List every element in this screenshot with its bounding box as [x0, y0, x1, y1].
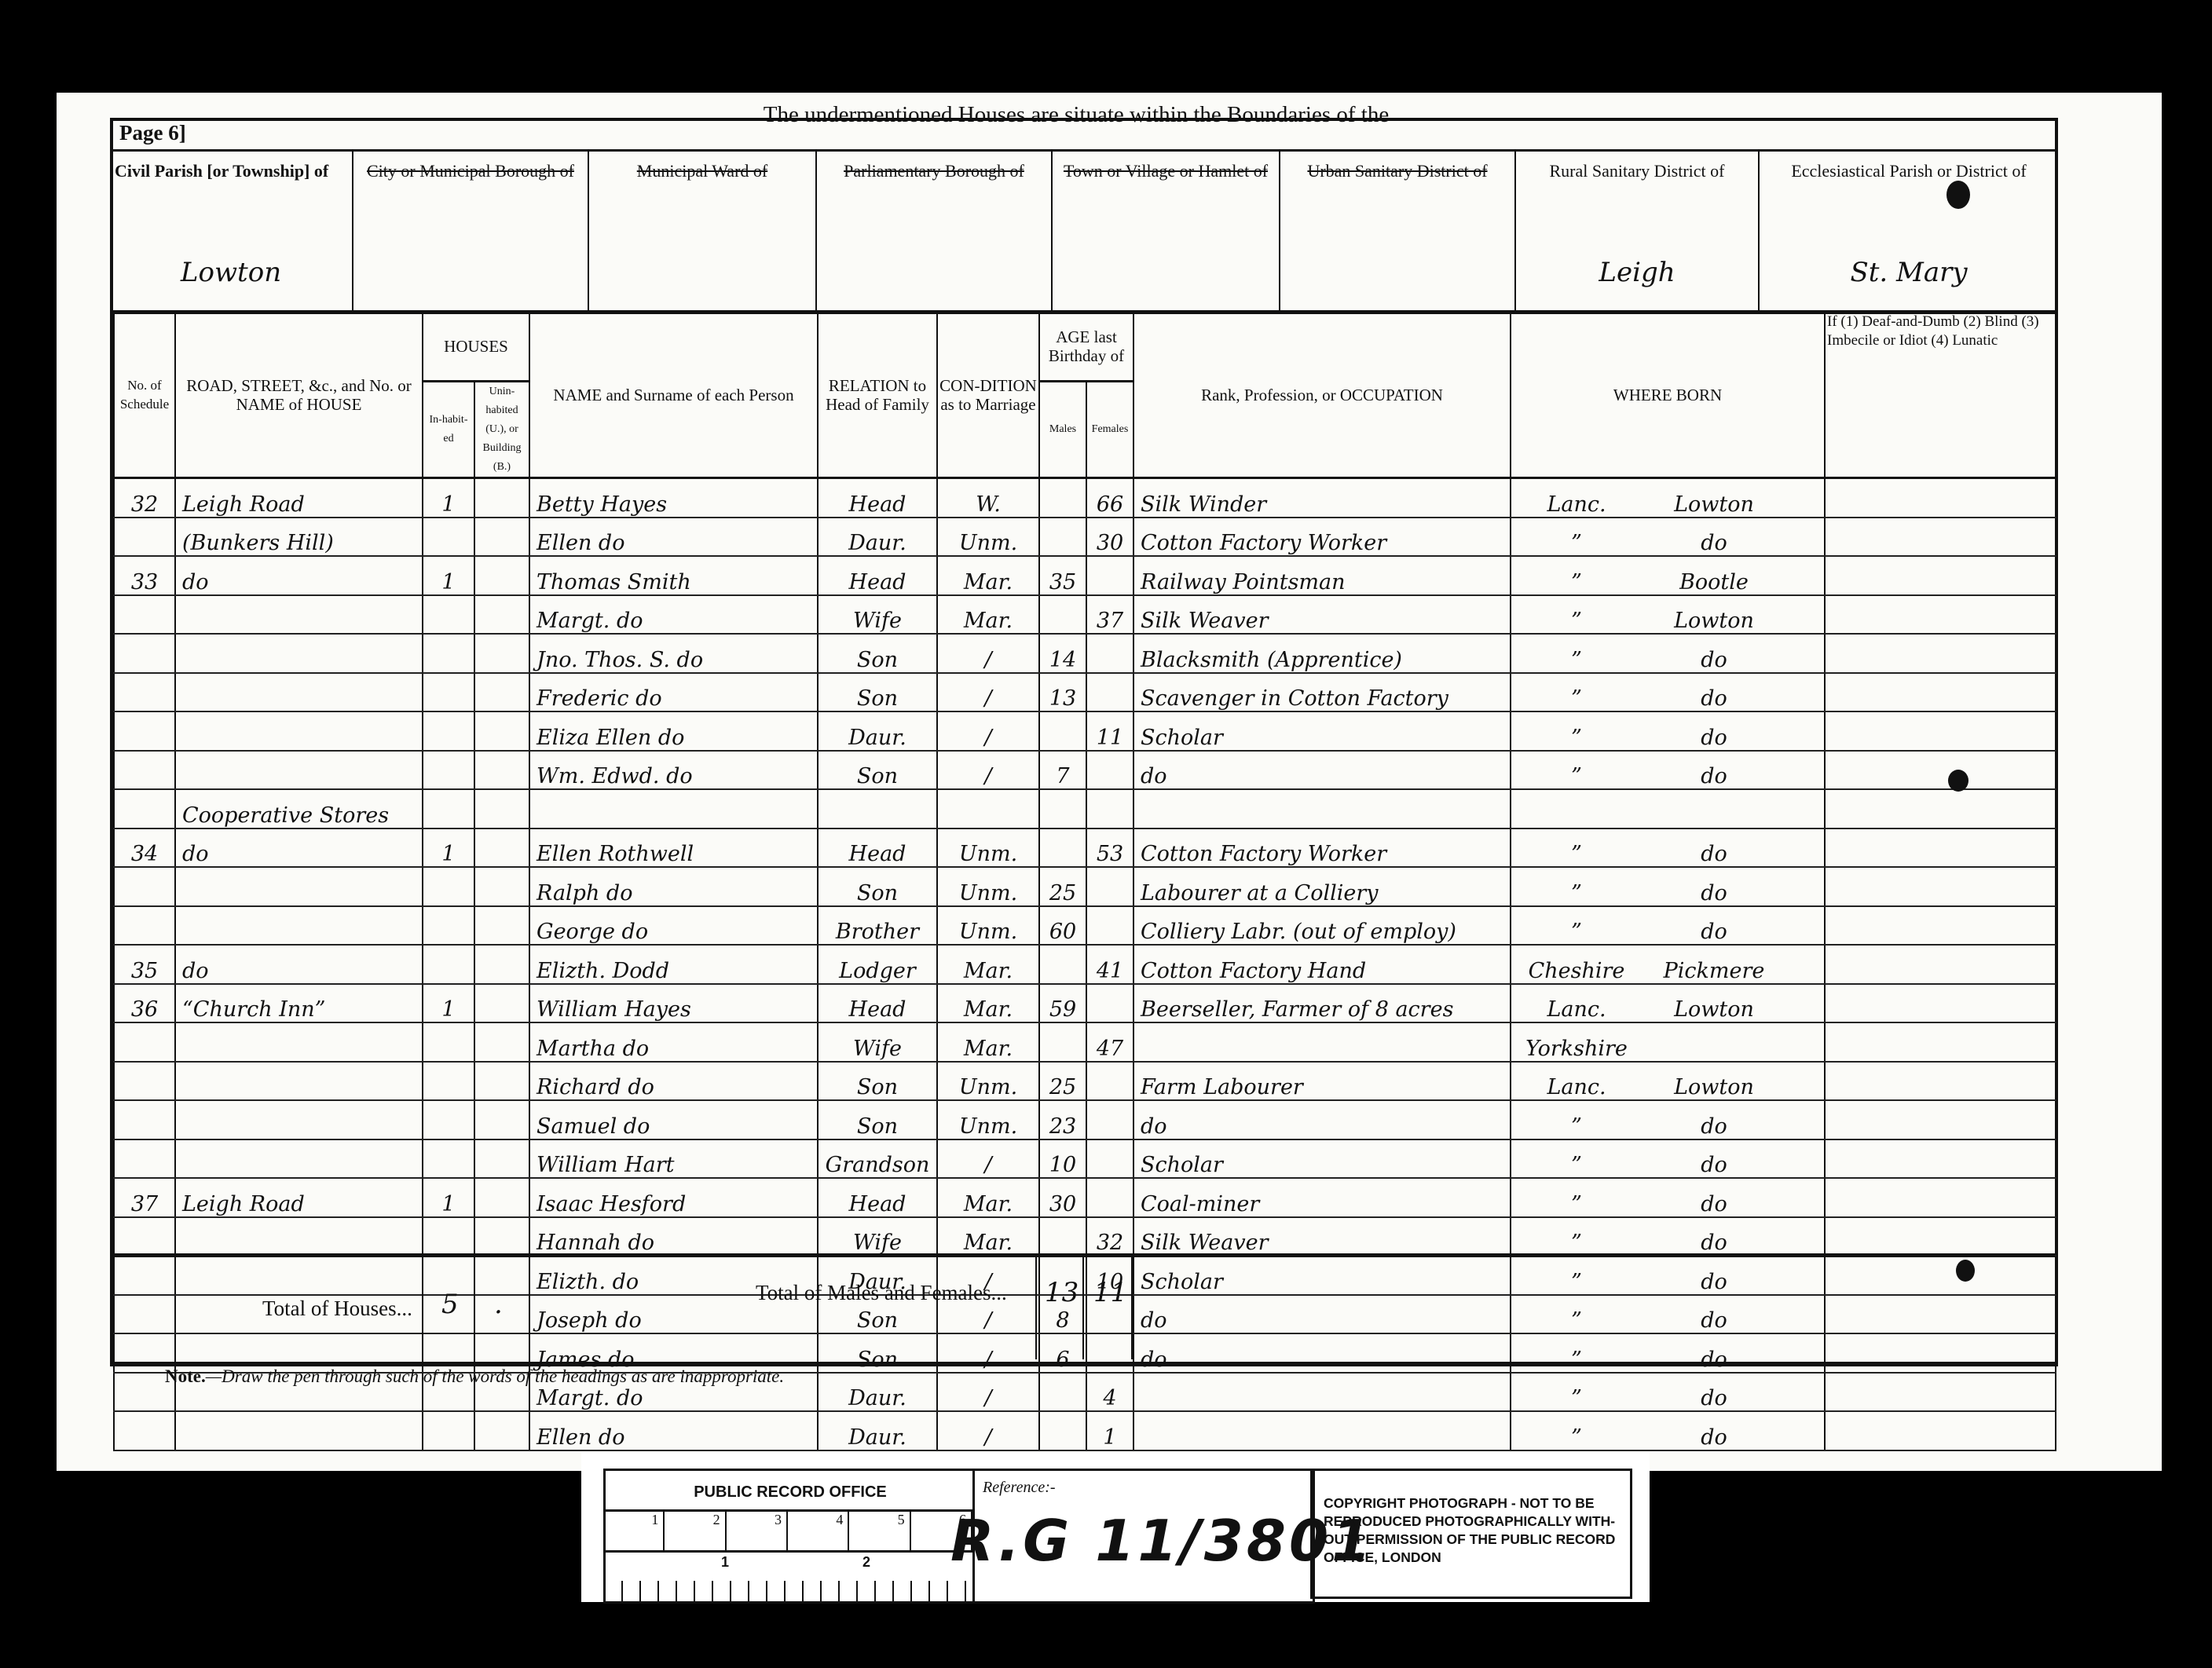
col-road: ROAD, STREET, &c., and No. or NAME of HO… — [175, 312, 423, 478]
occupation: do — [1133, 751, 1511, 790]
condition: W. — [937, 478, 1039, 518]
occupation: Coal-miner — [1133, 1178, 1511, 1217]
born-county: ” — [1518, 842, 1635, 866]
table-row: 37Leigh Road1Isaac HesfordHeadMar.30Coal… — [114, 1178, 2056, 1217]
col-condition: CON-DITION as to Marriage — [937, 312, 1039, 478]
schedule-no: 34 — [114, 829, 175, 868]
person-name: Isaac Hesford — [529, 1178, 818, 1217]
schedule-no — [114, 906, 175, 946]
inhabited — [423, 518, 474, 557]
male-age — [1039, 1411, 1086, 1450]
uninhabited — [474, 1100, 529, 1139]
copyright-notice: COPYRIGHT PHOTOGRAPH - NOT TO BE REPRODU… — [1310, 1469, 1632, 1599]
civil-parish-value: Lowton — [110, 257, 352, 288]
col-schedule: No. of Schedule — [114, 312, 175, 478]
born-county: ” — [1518, 648, 1635, 672]
relation: Son — [818, 867, 937, 906]
reference-card: PUBLIC RECORD OFFICE 1 2 3 4 5 6 1 2 Ref… — [581, 1453, 1650, 1602]
infirmity — [1825, 1373, 2056, 1412]
uninhabited — [474, 945, 529, 984]
person-name: Wm. Edwd. do — [529, 751, 818, 790]
inhabited — [423, 867, 474, 906]
uninhabited — [474, 1411, 529, 1450]
inhabited — [423, 789, 474, 829]
infirmity — [1825, 1062, 2056, 1101]
col-males: Males — [1039, 382, 1086, 478]
road-name — [175, 1062, 423, 1101]
relation: Brother — [818, 906, 937, 946]
born-county: ” — [1518, 1192, 1635, 1216]
rural-sanitary-value: Leigh — [1516, 257, 1758, 288]
occupation: Scholar — [1133, 1139, 1511, 1179]
inhabited — [423, 1022, 474, 1062]
born-county: ” — [1518, 1114, 1635, 1139]
col-occupation: Rank, Profession, or OCCUPATION — [1133, 312, 1511, 478]
schedule-no — [114, 789, 175, 829]
uninhabited — [474, 906, 529, 946]
infirmity — [1825, 984, 2056, 1023]
table-row: Martha doWifeMar.47Yorkshire — [114, 1022, 2056, 1062]
table-row: 36“Church Inn”1William HayesHeadMar.59Be… — [114, 984, 2056, 1023]
table-row: Wm. Edwd. doSon/7do”do — [114, 751, 2056, 790]
infirmity — [1825, 906, 2056, 946]
uninhabited — [474, 1139, 529, 1179]
infirmity — [1825, 945, 2056, 984]
born-place: do — [1635, 531, 1793, 555]
uninhabited — [474, 984, 529, 1023]
male-age — [1039, 1022, 1086, 1062]
relation: Wife — [818, 1022, 937, 1062]
condition: / — [937, 751, 1039, 790]
female-age — [1086, 1178, 1133, 1217]
where-born: ”do — [1511, 711, 1825, 751]
where-born: ”do — [1511, 518, 1825, 557]
total-houses-label: Total of Houses... — [262, 1297, 412, 1321]
relation: Head — [818, 478, 937, 518]
male-age — [1039, 945, 1086, 984]
person-name: Margt. do — [529, 595, 818, 635]
infirmity — [1825, 711, 2056, 751]
infirmity — [1825, 634, 2056, 673]
road-name — [175, 906, 423, 946]
uninhabited — [474, 518, 529, 557]
born-place: do — [1635, 1386, 1793, 1410]
where-born: ”do — [1511, 1373, 1825, 1412]
person-name: Jno. Thos. S. do — [529, 634, 818, 673]
female-age — [1086, 984, 1133, 1023]
pro-label: PUBLIC RECORD OFFICE — [606, 1471, 975, 1502]
road-name — [175, 673, 423, 712]
person-name: Samuel do — [529, 1100, 818, 1139]
occupation — [1133, 1022, 1511, 1062]
male-age — [1039, 789, 1086, 829]
where-born: ”do — [1511, 1139, 1825, 1179]
male-age — [1039, 829, 1086, 868]
uninhabited — [474, 867, 529, 906]
where-born: ”Bootle — [1511, 556, 1825, 595]
col-relation: RELATION to Head of Family — [818, 312, 937, 478]
condition: Unm. — [937, 1062, 1039, 1101]
total-females: 11 — [1093, 1277, 1127, 1308]
inhabited — [423, 1217, 474, 1256]
schedule-no: 36 — [114, 984, 175, 1023]
born-county: ” — [1518, 726, 1635, 750]
female-age: 47 — [1086, 1022, 1133, 1062]
male-age: 59 — [1039, 984, 1086, 1023]
inhabited — [423, 945, 474, 984]
born-place: do — [1635, 1192, 1793, 1216]
admin-town-village: Town or Village or Hamlet of — [1053, 152, 1280, 310]
inhabited: 1 — [423, 984, 474, 1023]
schedule-no — [114, 1100, 175, 1139]
infirmity — [1825, 1139, 2056, 1179]
inhabited — [423, 1062, 474, 1101]
relation: Son — [818, 1100, 937, 1139]
infirmity — [1825, 673, 2056, 712]
relation: Daur. — [818, 1411, 937, 1450]
where-born: ”Lowton — [1511, 595, 1825, 635]
schedule-no — [114, 1022, 175, 1062]
road-name — [175, 1411, 423, 1450]
col-name: NAME and Surname of each Person — [529, 312, 818, 478]
where-born — [1511, 789, 1825, 829]
person-name: William Hart — [529, 1139, 818, 1179]
col-where-born: WHERE BORN — [1511, 312, 1825, 478]
road-name: do — [175, 829, 423, 868]
where-born: CheshirePickmere — [1511, 945, 1825, 984]
born-county: Yorkshire — [1518, 1037, 1635, 1061]
inhabited — [423, 673, 474, 712]
occupation: Silk Winder — [1133, 478, 1511, 518]
born-place: do — [1635, 1114, 1793, 1139]
condition: Unm. — [937, 829, 1039, 868]
male-age: 14 — [1039, 634, 1086, 673]
infirmity — [1825, 1411, 2056, 1450]
admin-parliamentary-borough: Parliamentary Borough of — [817, 152, 1053, 310]
female-age — [1086, 673, 1133, 712]
male-age: 60 — [1039, 906, 1086, 946]
relation: Head — [818, 556, 937, 595]
total-persons-label: Total of Males and Females... — [756, 1281, 1007, 1305]
born-county: ” — [1518, 686, 1635, 711]
born-county: ” — [1518, 531, 1635, 555]
uninhabited — [474, 673, 529, 712]
born-place: do — [1635, 881, 1793, 905]
col-age: AGE last Birthday of — [1039, 312, 1133, 382]
born-county: ” — [1518, 764, 1635, 788]
relation: Wife — [818, 1217, 937, 1256]
road-name: Leigh Road — [175, 1178, 423, 1217]
condition: Mar. — [937, 1178, 1039, 1217]
occupation: Cotton Factory Hand — [1133, 945, 1511, 984]
table-row: 32Leigh Road1Betty HayesHeadW.66Silk Win… — [114, 478, 2056, 518]
occupation: Labourer at a Colliery — [1133, 867, 1511, 906]
table-row: Richard doSonUnm.25Farm LabourerLanc.Low… — [114, 1062, 2056, 1101]
totals-row: Total of Houses... 5 . Total of Males an… — [113, 1253, 2055, 1359]
condition: Mar. — [937, 556, 1039, 595]
uninhabited — [474, 1178, 529, 1217]
condition: / — [937, 634, 1039, 673]
female-age: 4 — [1086, 1373, 1133, 1412]
male-age — [1039, 1217, 1086, 1256]
schedule-no — [114, 1217, 175, 1256]
occupation: Blacksmith (Apprentice) — [1133, 634, 1511, 673]
male-age — [1039, 1373, 1086, 1412]
female-age — [1086, 751, 1133, 790]
male-age: 23 — [1039, 1100, 1086, 1139]
person-name: William Hayes — [529, 984, 818, 1023]
uninhabited — [474, 789, 529, 829]
inhabited: 1 — [423, 1178, 474, 1217]
born-place: do — [1635, 648, 1793, 672]
table-row: Eliza Ellen doDaur./11Scholar”do — [114, 711, 2056, 751]
condition: Unm. — [937, 906, 1039, 946]
schedule-no — [114, 1411, 175, 1450]
person-name: Frederic do — [529, 673, 818, 712]
admin-boundaries-row: Civil Parish [or Township] of Lowton Cit… — [110, 149, 2058, 314]
col-inhabited: In-habit-ed — [423, 382, 474, 478]
infirmity — [1825, 518, 2056, 557]
road-name: “Church Inn” — [175, 984, 423, 1023]
occupation: Scholar — [1133, 711, 1511, 751]
born-county: Lanc. — [1518, 1075, 1635, 1099]
born-county: ” — [1518, 1231, 1635, 1255]
occupation: Colliery Labr. (out of employ) — [1133, 906, 1511, 946]
road-name — [175, 1139, 423, 1179]
inhabited — [423, 1100, 474, 1139]
relation: Daur. — [818, 518, 937, 557]
male-age — [1039, 518, 1086, 557]
born-county: Cheshire — [1518, 959, 1635, 983]
admin-municipal-borough: City or Municipal Borough of — [353, 152, 589, 310]
table-row: Frederic doSon/13Scavenger in Cotton Fac… — [114, 673, 2056, 712]
infirmity — [1825, 478, 2056, 518]
male-age: 25 — [1039, 1062, 1086, 1101]
relation: Daur. — [818, 711, 937, 751]
where-born: ”do — [1511, 1411, 1825, 1450]
relation: Son — [818, 673, 937, 712]
occupation: Scavenger in Cotton Factory — [1133, 673, 1511, 712]
person-name: Hannah do — [529, 1217, 818, 1256]
condition: Unm. — [937, 867, 1039, 906]
born-county: ” — [1518, 1425, 1635, 1450]
condition: Mar. — [937, 945, 1039, 984]
condition: / — [937, 711, 1039, 751]
where-born: ”do — [1511, 1100, 1825, 1139]
where-born: ”do — [1511, 906, 1825, 946]
person-name: George do — [529, 906, 818, 946]
female-age: 53 — [1086, 829, 1133, 868]
schedule-no — [114, 711, 175, 751]
schedule-no — [114, 518, 175, 557]
header-row: No. of Schedule ROAD, STREET, &c., and N… — [114, 312, 2056, 382]
female-age — [1086, 867, 1133, 906]
male-age — [1039, 595, 1086, 635]
ecclesiastical-parish-value: St. Mary — [1760, 257, 2058, 288]
schedule-no: 33 — [114, 556, 175, 595]
female-age: 32 — [1086, 1217, 1133, 1256]
relation: Son — [818, 1062, 937, 1101]
born-place: Lowton — [1635, 492, 1793, 517]
male-age: 13 — [1039, 673, 1086, 712]
occupation: do — [1133, 1100, 1511, 1139]
where-born: ”do — [1511, 673, 1825, 712]
infirmity — [1825, 1022, 2056, 1062]
inhabited: 1 — [423, 556, 474, 595]
where-born: ”do — [1511, 1178, 1825, 1217]
road-name: Cooperative Stores — [175, 789, 423, 829]
schedule-no — [114, 1062, 175, 1101]
born-county: ” — [1518, 1153, 1635, 1177]
table-row: Jno. Thos. S. doSon/14Blacksmith (Appren… — [114, 634, 2056, 673]
uninhabited — [474, 595, 529, 635]
born-place: Lowton — [1635, 997, 1793, 1022]
person-name: Ralph do — [529, 867, 818, 906]
female-age — [1086, 906, 1133, 946]
male-age: 35 — [1039, 556, 1086, 595]
infirmity — [1825, 867, 2056, 906]
scale-ruler-inch: 1 2 — [603, 1550, 972, 1601]
table-row: Hannah doWifeMar.32Silk Weaver”do — [114, 1217, 2056, 1256]
infirmity — [1825, 1217, 2056, 1256]
schedule-no — [114, 673, 175, 712]
road-name — [175, 634, 423, 673]
uninhabited — [474, 1217, 529, 1256]
person-name: Betty Hayes — [529, 478, 818, 518]
uninhabited — [474, 1022, 529, 1062]
road-name — [175, 867, 423, 906]
female-age: 41 — [1086, 945, 1133, 984]
occupation: Beerseller, Farmer of 8 acres — [1133, 984, 1511, 1023]
person-name: Richard do — [529, 1062, 818, 1101]
col-uninhabited: Unin-habited (U.), or Building (B.) — [474, 382, 529, 478]
where-born: ”do — [1511, 867, 1825, 906]
relation: Head — [818, 829, 937, 868]
table-row: (Bunkers Hill)Ellen doDaur.Unm.30Cotton … — [114, 518, 2056, 557]
admin-rural-sanitary: Rural Sanitary District of Leigh — [1516, 152, 1760, 310]
col-females: Females — [1086, 382, 1133, 478]
road-name — [175, 711, 423, 751]
schedule-no: 32 — [114, 478, 175, 518]
relation: Head — [818, 1178, 937, 1217]
condition: Mar. — [937, 984, 1039, 1023]
male-age: 25 — [1039, 867, 1086, 906]
admin-civil-parish: Civil Parish [or Township] of Lowton — [110, 152, 353, 310]
inhabited — [423, 711, 474, 751]
where-born: ”do — [1511, 1217, 1825, 1256]
condition: / — [937, 1411, 1039, 1450]
table-row: Ralph doSonUnm.25Labourer at a Colliery”… — [114, 867, 2056, 906]
inhabited — [423, 751, 474, 790]
condition: Mar. — [937, 1217, 1039, 1256]
road-name — [175, 751, 423, 790]
uninhabited — [474, 829, 529, 868]
person-name — [529, 789, 818, 829]
female-age — [1086, 1100, 1133, 1139]
where-born: ”do — [1511, 634, 1825, 673]
infirmity — [1825, 1178, 2056, 1217]
inhabited — [423, 1139, 474, 1179]
person-name: Ellen do — [529, 518, 818, 557]
female-age — [1086, 1062, 1133, 1101]
relation — [818, 789, 937, 829]
scale-ruler-cm: 1 2 3 4 5 6 — [603, 1509, 972, 1553]
inhabited — [423, 1411, 474, 1450]
schedule-no — [114, 634, 175, 673]
male-age: 10 — [1039, 1139, 1086, 1179]
born-place: Bootle — [1635, 570, 1793, 594]
inhabited — [423, 595, 474, 635]
female-age: 30 — [1086, 518, 1133, 557]
uninhabited — [474, 478, 529, 518]
occupation: Farm Labourer — [1133, 1062, 1511, 1101]
condition — [937, 789, 1039, 829]
uninhabited — [474, 634, 529, 673]
relation: Son — [818, 634, 937, 673]
occupation: Silk Weaver — [1133, 595, 1511, 635]
female-age: 66 — [1086, 478, 1133, 518]
condition: Unm. — [937, 518, 1039, 557]
relation: Daur. — [818, 1373, 937, 1412]
table-row: George doBrotherUnm.60Colliery Labr. (ou… — [114, 906, 2056, 946]
female-age: 11 — [1086, 711, 1133, 751]
male-age — [1039, 711, 1086, 751]
infirmity — [1825, 595, 2056, 635]
admin-ecclesiastical-parish: Ecclesiastical Parish or District of St.… — [1760, 152, 2058, 310]
born-county: ” — [1518, 881, 1635, 905]
condition: Unm. — [937, 1100, 1039, 1139]
born-county: ” — [1518, 609, 1635, 633]
born-place: Lowton — [1635, 1075, 1793, 1099]
condition: / — [937, 1139, 1039, 1179]
inhabited: 1 — [423, 829, 474, 868]
occupation: Cotton Factory Worker — [1133, 829, 1511, 868]
born-place: Pickmere — [1635, 959, 1793, 983]
occupation: Silk Weaver — [1133, 1217, 1511, 1256]
condition: / — [937, 1373, 1039, 1412]
table-row: Samuel doSonUnm.23do”do — [114, 1100, 2056, 1139]
relation: Son — [818, 751, 937, 790]
uninhabited — [474, 1062, 529, 1101]
born-place: do — [1635, 686, 1793, 711]
occupation: Railway Pointsman — [1133, 556, 1511, 595]
born-place: do — [1635, 764, 1793, 788]
schedule-no — [114, 751, 175, 790]
table-row: Cooperative Stores — [114, 789, 2056, 829]
schedule-no — [114, 1139, 175, 1179]
where-born: Lanc.Lowton — [1511, 478, 1825, 518]
where-born: ”do — [1511, 829, 1825, 868]
occupation — [1133, 789, 1511, 829]
inhabited — [423, 634, 474, 673]
occupation: Cotton Factory Worker — [1133, 518, 1511, 557]
where-born: ”do — [1511, 751, 1825, 790]
where-born: Lanc.Lowton — [1511, 1062, 1825, 1101]
total-houses-uninhabited: . — [494, 1289, 503, 1320]
born-place: do — [1635, 920, 1793, 944]
footnote: Note.—Draw the pen through such of the w… — [165, 1366, 784, 1387]
person-name: Ellen do — [529, 1411, 818, 1450]
table-row: 35doElizth. DoddLodgerMar.41Cotton Facto… — [114, 945, 2056, 984]
inhabited: 1 — [423, 478, 474, 518]
born-county: ” — [1518, 1386, 1635, 1410]
road-name — [175, 1022, 423, 1062]
admin-municipal-ward: Municipal Ward of — [589, 152, 817, 310]
born-county: Lanc. — [1518, 997, 1635, 1022]
ink-blot — [1946, 181, 1970, 209]
road-name — [175, 1100, 423, 1139]
male-age: 30 — [1039, 1178, 1086, 1217]
